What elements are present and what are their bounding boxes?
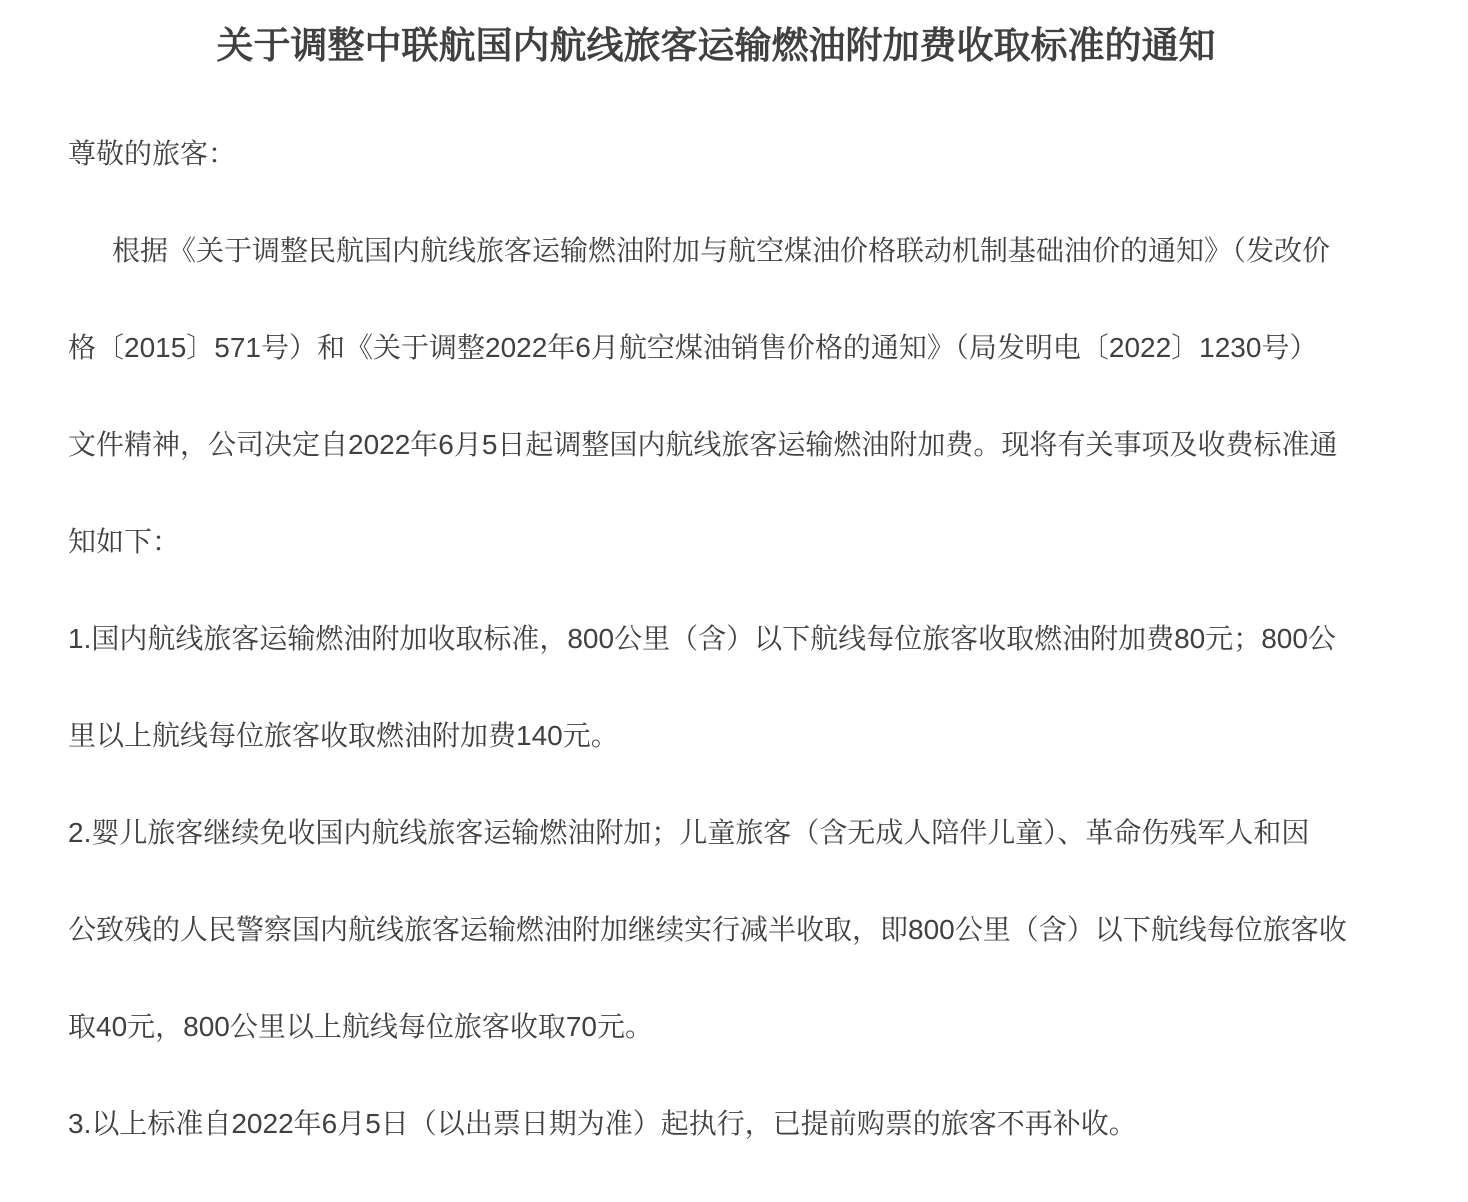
notice-document: 关于调整中联航国内航线旅客运输燃油附加费收取标准的通知 尊敬的旅客：根据《关于调… [0, 0, 1468, 1172]
document-body: 尊敬的旅客：根据《关于调整民航国内航线旅客运输燃油附加与航空煤油价格联动机制基础… [68, 105, 1364, 1172]
document-line: 文件精神，公司决定自2022年6月5日起调整国内航线旅客运输燃油附加费。现将有关… [68, 396, 1364, 493]
document-line: 公致残的人民警察国内航线旅客运输燃油附加继续实行减半收取，即800公里（含）以下… [68, 881, 1364, 978]
document-title: 关于调整中联航国内航线旅客运输燃油附加费收取标准的通知 [68, 24, 1364, 68]
document-line: 知如下： [68, 493, 1364, 590]
document-line: 3.以上标准自2022年6月5日（以出票日期为准）起执行，已提前购票的旅客不再补… [68, 1075, 1364, 1172]
document-line: 尊敬的旅客： [68, 105, 1364, 202]
document-line: 根据《关于调整民航国内航线旅客运输燃油附加与航空煤油价格联动机制基础油价的通知》… [68, 202, 1364, 299]
document-line: 格〔2015〕571号）和《关于调整2022年6月航空煤油销售价格的通知》（局发… [68, 299, 1364, 396]
document-line: 1.国内航线旅客运输燃油附加收取标准，800公里（含）以下航线每位旅客收取燃油附… [68, 590, 1364, 687]
document-line: 取40元，800公里以上航线每位旅客收取70元。 [68, 978, 1364, 1075]
document-line: 2.婴儿旅客继续免收国内航线旅客运输燃油附加；儿童旅客（含无成人陪伴儿童）、革命… [68, 784, 1364, 881]
document-line: 里以上航线每位旅客收取燃油附加费140元。 [68, 687, 1364, 784]
